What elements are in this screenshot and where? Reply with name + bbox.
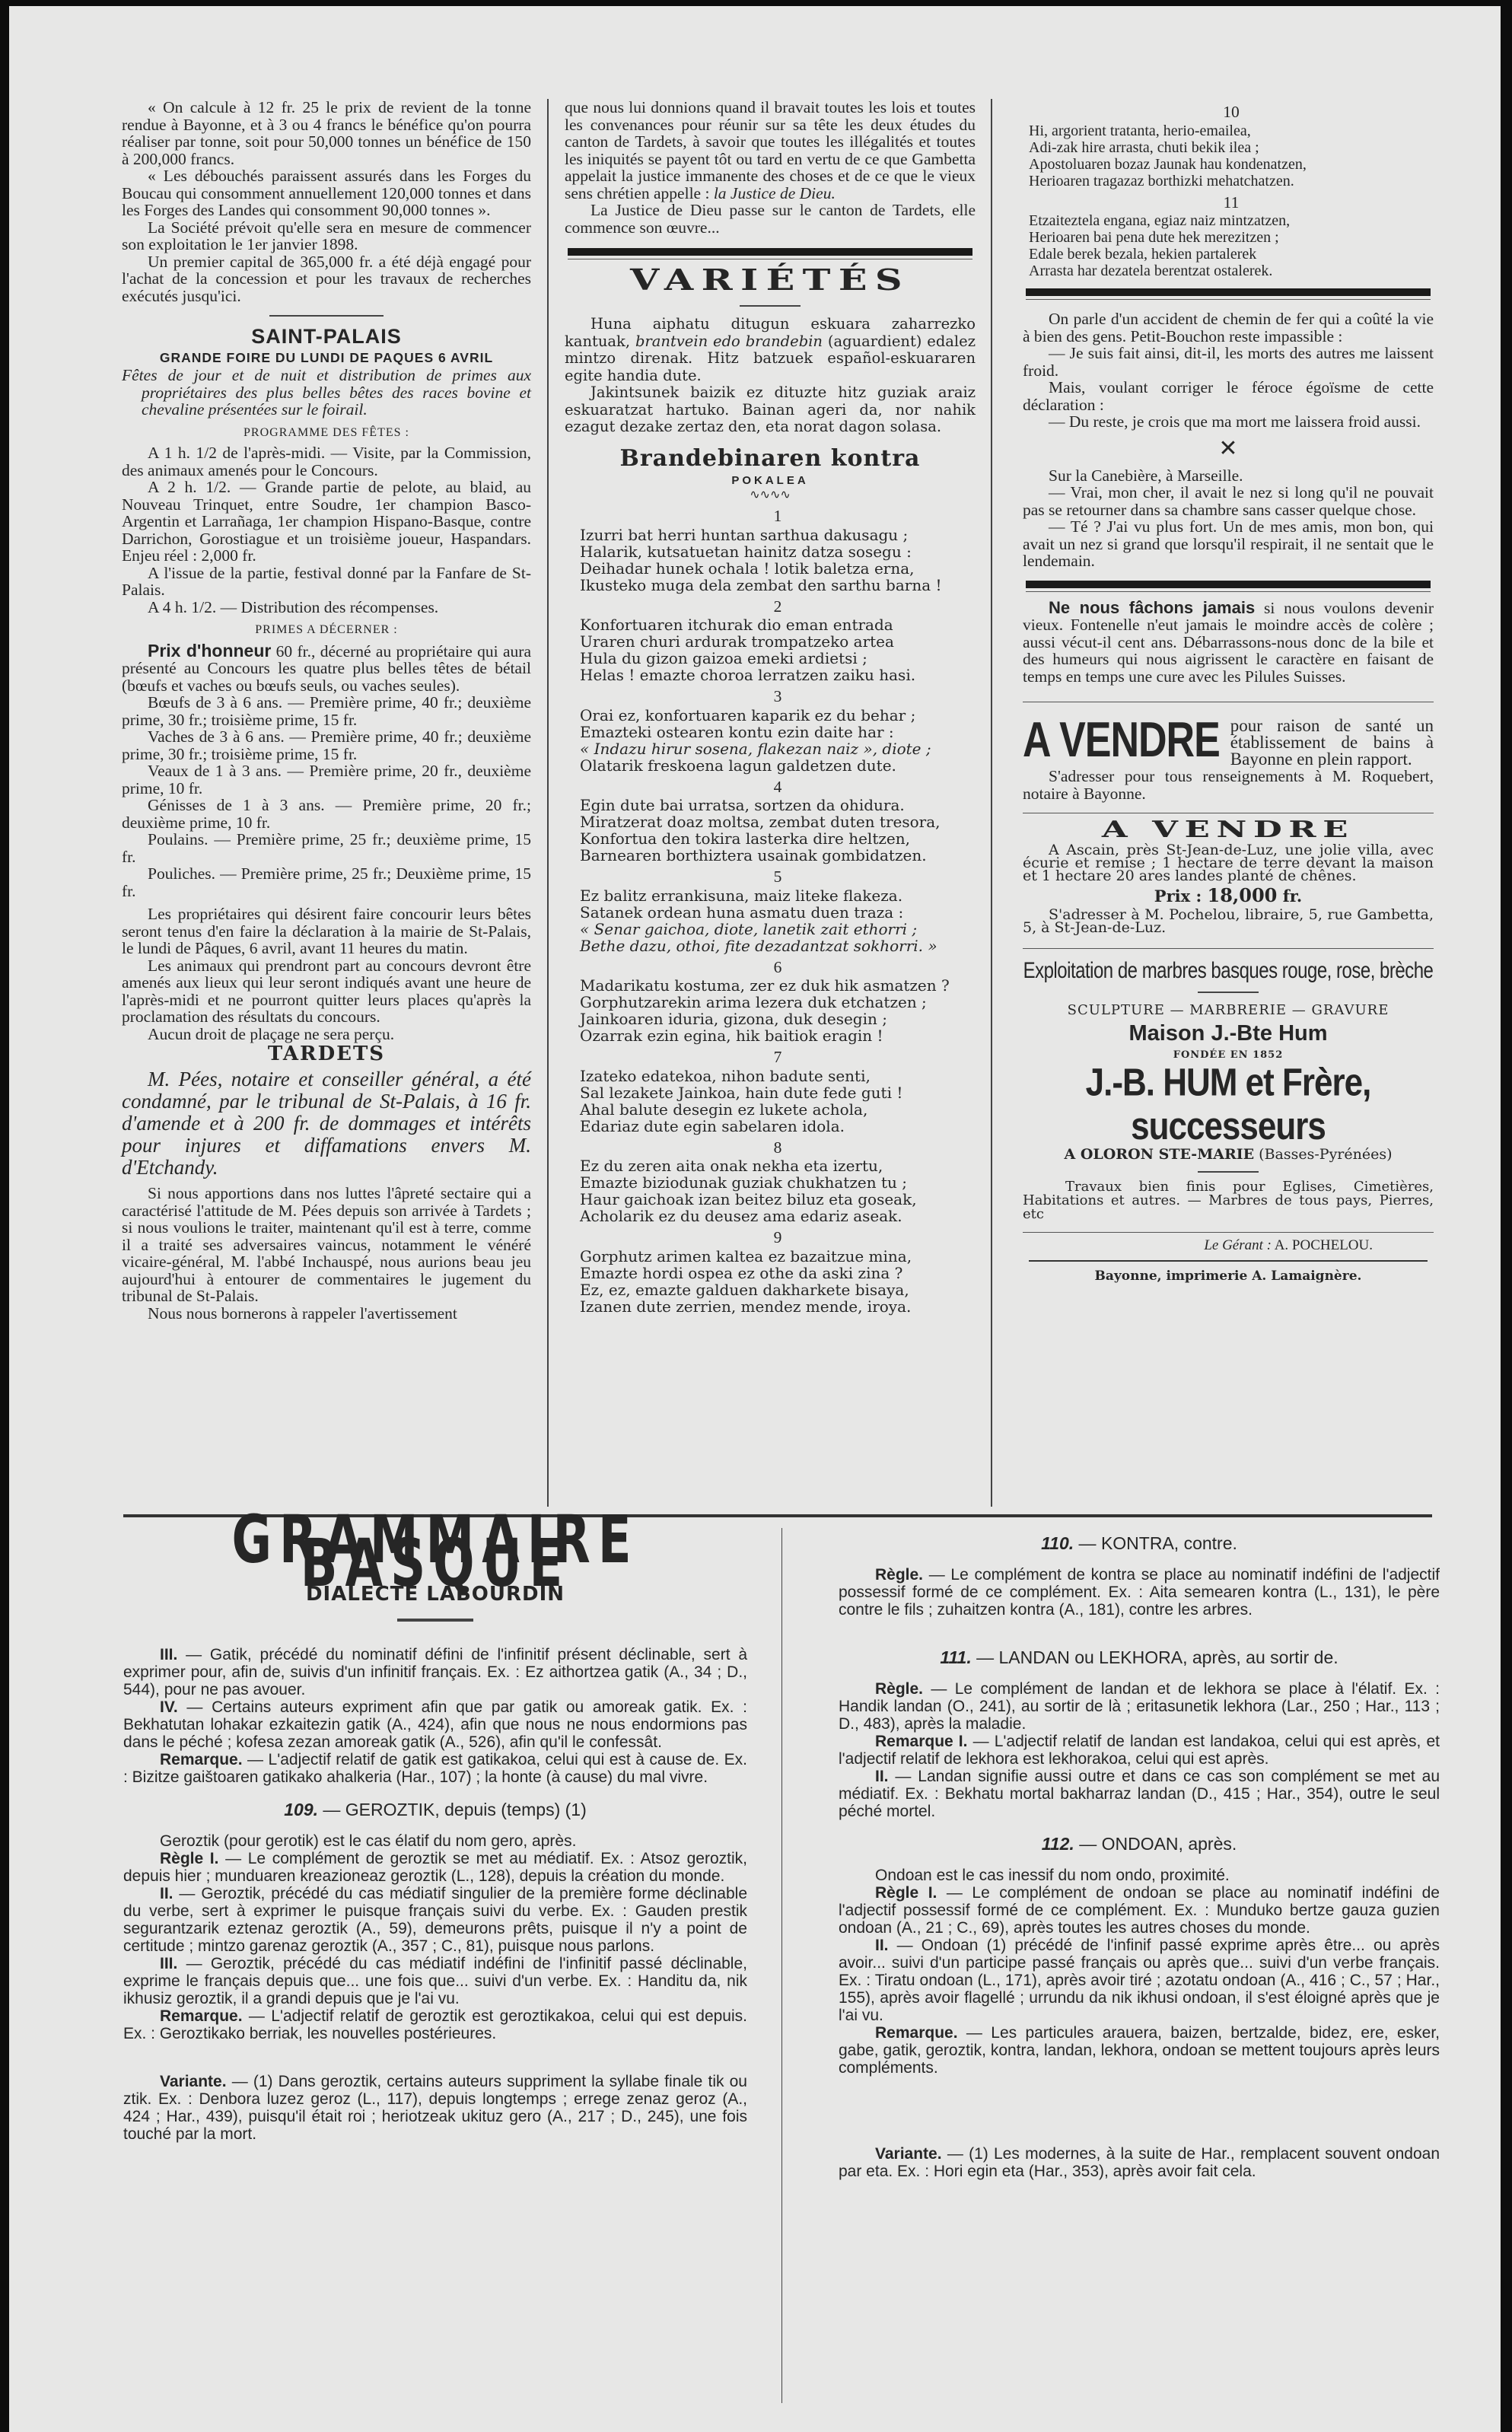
section-subtitle: GRANDE FOIRE DU LUNDI DE PAQUES 6 AVRIL [122,349,531,367]
programme-heading: PROGRAMME DES FÊTES : [122,425,531,442]
grammar-paragraph: III. — Geroztik, précédé du cas médiatif… [123,1955,747,2007]
variante-note: Variante. — (1) Les modernes, à la suite… [839,2145,1440,2180]
stanza-number: 4 [580,778,976,796]
verse-line: Orai ez, konfortuaren kaparik ez du beha… [580,707,976,724]
verse-line: Edariaz dute egin sabelaren idola. [580,1118,976,1135]
stanza-number: 3 [580,688,976,705]
verse-line: Deihadar hunek ochala ! lotik baletza er… [580,560,976,577]
successors: J.-B. HUM et Frère, successeurs [1023,1062,1434,1149]
verse-line: Madarikatu kostuma, zer ez duk hik asmat… [580,977,976,994]
verse-line: Halarik, kutsatuetan hainitz datza soseg… [580,543,976,560]
poem-title: Brandebinaren kontra [565,445,976,473]
verse-line: Izanen dute zerrien, mendez mende, iroya… [580,1298,976,1315]
cross-separator-icon: ✕ [1023,435,1434,463]
divider [1198,992,1259,993]
mining-article: « On calcule à 12 fr. 25 le prix de revi… [122,99,531,304]
section-111-heading: 111. — LANDAN ou LEKHORA, après, au sort… [839,1649,1440,1666]
grammaire-right: 110. — KONTRA, contre. Règle. — Le compl… [839,1532,1440,2180]
verse-line: Ikusteko muga dela zembat den sarthu bar… [580,577,976,594]
newspaper-page: « On calcule à 12 fr. 25 le prix de revi… [9,6,1501,2432]
verse-line: Sal lezakete Jainkoa, hain dute fede gut… [580,1084,976,1101]
verse-line: Emazte hordi ospea ez othe da aski zina … [580,1265,976,1281]
column-rule [547,99,549,1507]
grammar-paragraph: Remarque I. — L'adjectif relatif de land… [839,1733,1440,1768]
divider [1029,1260,1428,1262]
verse-line: Ez balitz errankisuna, maiz liteke flake… [580,887,976,904]
verse-line: Herioaren tragazaz borthizki mehatchatze… [1029,173,1434,189]
verse-line: Haur gaichoak izan beitez biluz eta gose… [580,1191,976,1208]
divider [1198,1171,1259,1173]
grammar-paragraph: Règle I. — Le complément de geroztik se … [123,1850,747,1885]
verse-line: Miratzerat doaz moltsa, zembat duten tre… [580,813,976,830]
divider [1023,1232,1434,1233]
verse-line: Edale berek bezala, hekien partalerek [1029,246,1434,263]
saint-palais-article: SAINT-PALAIS GRANDE FOIRE DU LUNDI DE PA… [122,324,531,1043]
verse-line: « Senar gaichoa, diote, lanetik zait eth… [580,921,976,937]
ad-divider [1023,702,1434,702]
stanza-number: 2 [580,598,976,616]
section-title: TARDETS [122,1043,531,1065]
grammar-paragraph: Remarque. — L'adjectif relatif de gerozt… [123,2007,747,2042]
verse-line: Barnearen borthiztera usainak gombidatze… [580,847,976,864]
primes-heading: PRIMES A DÉCERNER : [122,622,531,639]
verse-line: Hi, argorient tratanta, herio-emailea, [1029,123,1434,139]
verse-line: Uraren churi ardurak trompatzeko artea [580,633,976,650]
section-divider-thin [568,259,972,259]
section-divider [1026,581,1431,588]
column-3: 10Hi, argorient tratanta, herio-emailea,… [1023,99,1434,1285]
verse-line: Emazte biziodunak guziak chukhatzen tu ; [580,1174,976,1191]
section-divider-thin [1026,591,1431,592]
variante-note: Variante. — (1) Dans geroztik, certains … [123,2073,747,2143]
poem-stanzas: 1Izurri bat herri huntan sarthua dakusag… [565,508,976,1315]
price: Prix : 18,000 fr. [1023,889,1434,902]
ad-vendre-bains: A VENDRE pour raison de santé un établis… [1023,715,1434,802]
verse-line: Satanek ordean huna asmatu duen traza : [580,904,976,921]
maison-name: Maison J.-Bte Hum [1023,1020,1434,1047]
grammar-paragraph: Règle I. — Le complément de ondoan se pl… [839,1884,1440,1937]
stanza-number: 7 [580,1049,976,1066]
verse-line: Konfortuaren itchurak dio eman entrada [580,616,976,633]
grammar-paragraph: Remarque. — L'adjectif relatif de gatik … [123,1751,747,1786]
verse-line: Arrasta har dezatela berentzat ostalerek… [1029,263,1434,279]
grammaire-title: GRAMMAIRE BASQUE [123,1530,747,1577]
verse-line: Helas ! emazte choroa lerratzen zaiku ha… [580,667,976,683]
verse-line: Apostoluaren bozaz Jaunak hau kondenatze… [1029,156,1434,173]
verse-line: Acholarik ez du deusez ama edariz aseak. [580,1208,976,1224]
divider [269,315,384,317]
verse-line: Gorphutz arimen kaltea ez bazaitzue mina… [580,1248,976,1265]
verse-line: Olatarik freskoena lagun galdetzen dute. [580,757,976,774]
grammar-paragraph: III. — Gatik, précédé du nominatif défin… [123,1646,747,1698]
imprimerie: Bayonne, imprimerie A. Lamaignère. [1023,1268,1434,1285]
wave-ornament: ∿∿∿∿ [565,489,976,501]
grammar-paragraph: Règle. — Le complément de kontra se plac… [839,1566,1440,1619]
stanza-number: 9 [580,1229,976,1246]
grammar-paragraph: II. — Ondoan (1) précédé de l'infinif pa… [839,1937,1440,2024]
grammar-paragraph: II. — Geroztik, précédé du cas médiatif … [123,1885,747,1955]
section-divider-thin [1026,299,1431,300]
column-1: « On calcule à 12 fr. 25 le prix de revi… [122,99,531,1322]
anecdote-petit-bouchon: On parle d'un accident de chemin de fer … [1023,310,1434,431]
stanza-number: 6 [580,959,976,976]
verse-line: Egin dute bai urratsa, sortzen da ohidur… [580,797,976,813]
verse-line: Ez du zeren aita onak nekha eta izertu, [580,1157,976,1174]
verse-line: Ozarrak ezin egina, hik baitiok eragin ! [580,1027,976,1044]
ad-headline: A VENDRE [931,817,1512,844]
anecdote-marseille: Sur la Canebière, à Marseille. — Vrai, m… [1023,467,1434,570]
stanza-number: 5 [580,868,976,886]
section-109-heading: 109. — GEROZTIK, depuis (temps) (1) [123,1801,747,1819]
grammaire-left: GRAMMAIRE BASQUE DIALECTE LABOURDIN III.… [123,1536,747,2143]
ad-vendre-villa: A VENDRE A Ascain, près St-Jean-de-Luz, … [1023,817,1434,934]
prix-honneur-label: Prix d'honneur [148,641,271,661]
column-rule [781,1528,782,2403]
stanza-number: 11 [1029,194,1434,212]
verse-line: Adi-zak hire arrasta, chuti bekik ilea ; [1029,139,1434,156]
ad-headline: A VENDRE [1023,715,1220,766]
verse-line: Bethe dazu, othoi, fite dezadantzat sokh… [580,937,976,954]
verse-line: Ez, ez, emazte galduen dakharkete bisaya… [580,1281,976,1298]
grammar-paragraph: Remarque. — Les particules arauera, baiz… [839,2024,1440,2077]
ad-marbres-hum: Exploitation de marbres basques rouge, r… [1023,960,1434,1221]
verse-line: Emazteki ostearen kontu ezin daite har : [580,724,976,740]
verse-line: Etzaiteztela engana, egiaz naiz mintzatz… [1029,212,1434,229]
grammar-paragraph: II. — Landan signifie aussi outre et dan… [839,1768,1440,1820]
verse-line: Ahal balute desegin ez lukete achola, [580,1101,976,1118]
verse-line: Herioaren bai pena dute hek merezitzen ; [1029,229,1434,246]
verse-line: Izateko edatekoa, nihon badute senti, [580,1068,976,1084]
stanza-number: 10 [1029,103,1434,121]
trades: SCULPTURE — MARBRERIE — GRAVURE [1023,1002,1434,1020]
section-112-heading: 112. — ONDOAN, après. [839,1835,1440,1853]
verse-line: Hula du gizon gaizoa emeki ardietsi ; [580,650,976,667]
verse-line: Konfortua den tokira lasterka dire heltz… [580,830,976,847]
ad-divider [1023,813,1434,813]
tardets-article: TARDETS M. Pées, notaire et conseiller g… [122,1043,531,1322]
section-divider [1026,288,1431,296]
section-110-heading: 110. — KONTRA, contre. [839,1535,1440,1552]
poem-stanzas-continued: 10Hi, argorient tratanta, herio-emailea,… [1023,103,1434,279]
verse-line: Gorphutzarekin arima lezera duk etchatze… [580,994,976,1011]
stanza-number: 8 [580,1139,976,1157]
grammar-paragraph: IV. — Certains auteurs expriment afin qu… [123,1698,747,1751]
verse-line: Jainkoaren iduria, gizona, duk desegin ; [580,1011,976,1027]
grammar-paragraph: Ondoan est le cas inessif du nom ondo, p… [839,1867,1440,1884]
varietes-title: VARIÉTÉS [503,261,1037,299]
verse-line: Izurri bat herri huntan sarthua dakusagu… [580,527,976,543]
grammar-paragraph: Règle. — Le complément de landan et de l… [839,1680,1440,1733]
verse-line: « Indazu hirur sosena, flakezan naiz », … [580,740,976,757]
pilules-ad: Ne nous fâchons jamais si nous voulons d… [1023,600,1434,686]
divider [740,305,801,307]
tardets-lead: M. Pées, notaire et conseiller général, … [122,1068,531,1179]
grammar-paragraph: Geroztik (pour gerotik) est le cas élati… [123,1832,747,1850]
poem-author: POKALEA [565,473,976,490]
stanza-number: 1 [580,508,976,525]
divider [397,1619,473,1622]
section-title: SAINT-PALAIS [122,324,531,349]
ad-headline: Exploitation de marbres basques rouge, r… [1023,957,1434,985]
section-divider [568,248,972,256]
ad-divider [1023,948,1434,949]
column-2: que nous lui donnions quand il bravait t… [565,99,976,1315]
column-rule [991,99,992,1507]
gerant-line: Le Gérant : A. POCHELOU. [1023,1237,1434,1255]
